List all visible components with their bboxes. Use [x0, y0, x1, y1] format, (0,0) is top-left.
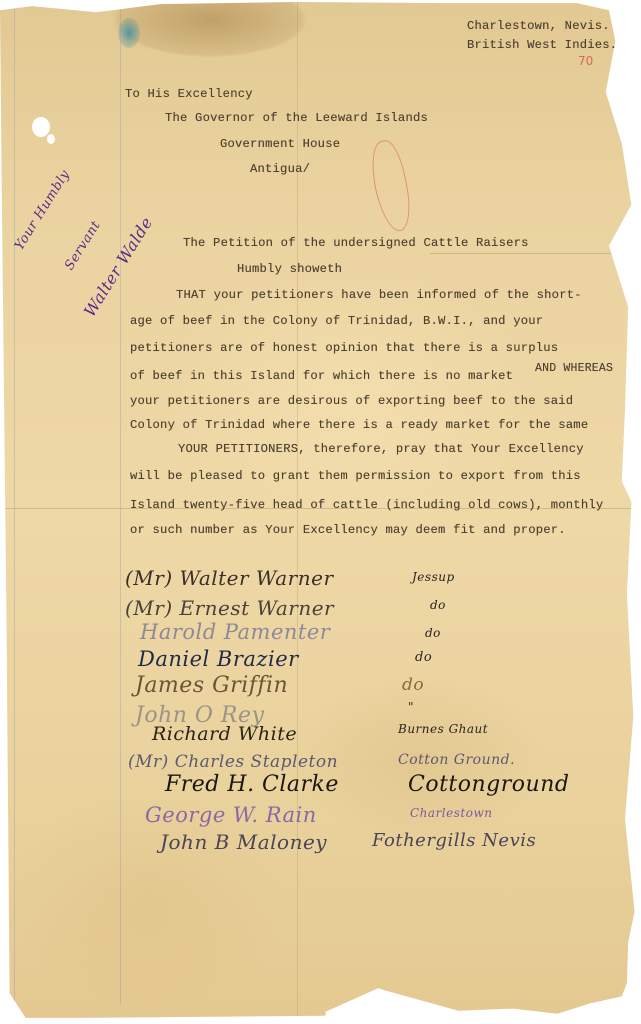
signature-place: Fothergills Nevis — [372, 830, 536, 851]
signature-name: (Mr) Ernest Warner — [125, 596, 334, 620]
petition-heading: The Petition of the undersigned Cattle R… — [183, 236, 529, 250]
water-stain — [80, 0, 320, 78]
signature-place: do — [415, 650, 432, 665]
fold-line-vertical — [297, 0, 298, 1024]
signature-place: do — [425, 626, 441, 640]
margin-rule-left — [14, 8, 15, 1004]
signature-name: George W. Rain — [145, 803, 317, 827]
signature-name: Fred H. Clarke — [165, 772, 339, 797]
signature-place: do — [402, 675, 424, 695]
body-line: YOUR PETITIONERS, therefore, pray that Y… — [178, 442, 584, 456]
signature-place: Cottonground — [408, 772, 569, 797]
address-salutation: To His Excellency — [125, 87, 253, 101]
body-line: Island twenty-five head of cattle (inclu… — [130, 498, 603, 512]
signature-name: Richard White — [152, 723, 297, 745]
red-pencil-loop — [366, 138, 416, 235]
letterhead-line-2: British West Indies. — [467, 38, 617, 52]
ink-blot — [118, 18, 140, 48]
signature-name: John B Maloney — [160, 830, 327, 854]
body-line: petitioners are of honest opinion that t… — [130, 341, 558, 355]
signature-place: do — [430, 598, 446, 612]
signature-place: " — [408, 700, 414, 714]
petition-document — [0, 0, 641, 1024]
petition-subheading: Humbly showeth — [237, 262, 342, 276]
signature-name: (Mr) Charles Stapleton — [128, 752, 338, 772]
body-line: your petitioners are desirous of exporti… — [130, 394, 573, 408]
body-line: of beef in this Island for which there i… — [130, 369, 513, 383]
signature-place: Jessup — [412, 570, 455, 584]
signature-name: Daniel Brazier — [138, 647, 299, 671]
body-line: age of beef in the Colony of Trinidad, B… — [130, 314, 543, 328]
tear-line — [430, 253, 631, 254]
body-line: THAT your petitioners have been informed… — [176, 288, 582, 302]
address-line-1: The Governor of the Leeward Islands — [165, 111, 428, 125]
signature-name: (Mr) Walter Warner — [125, 566, 334, 590]
address-line-3: Antigua/ — [250, 162, 310, 176]
body-line: Colony of Trinidad where there is a read… — [130, 418, 588, 432]
body-line: or such number as Your Excellency may de… — [130, 523, 566, 537]
signature-name: Harold Pamenter — [140, 620, 330, 644]
letterhead-line-1: Charlestown, Nevis. — [467, 19, 610, 33]
signature-place: Charlestown — [410, 806, 492, 820]
margin-rule — [120, 8, 121, 1004]
address-line-2: Government House — [220, 137, 340, 151]
red-pencil-mark: 70 — [578, 54, 593, 68]
signature-name: James Griffin — [135, 673, 288, 698]
body-insert: AND WHEREAS — [535, 362, 613, 375]
punch-hole — [32, 117, 50, 137]
signature-place: Burnes Ghaut — [398, 722, 488, 736]
body-line: will be pleased to grant them permission… — [130, 469, 581, 483]
signature-place: Cotton Ground. — [398, 752, 515, 768]
